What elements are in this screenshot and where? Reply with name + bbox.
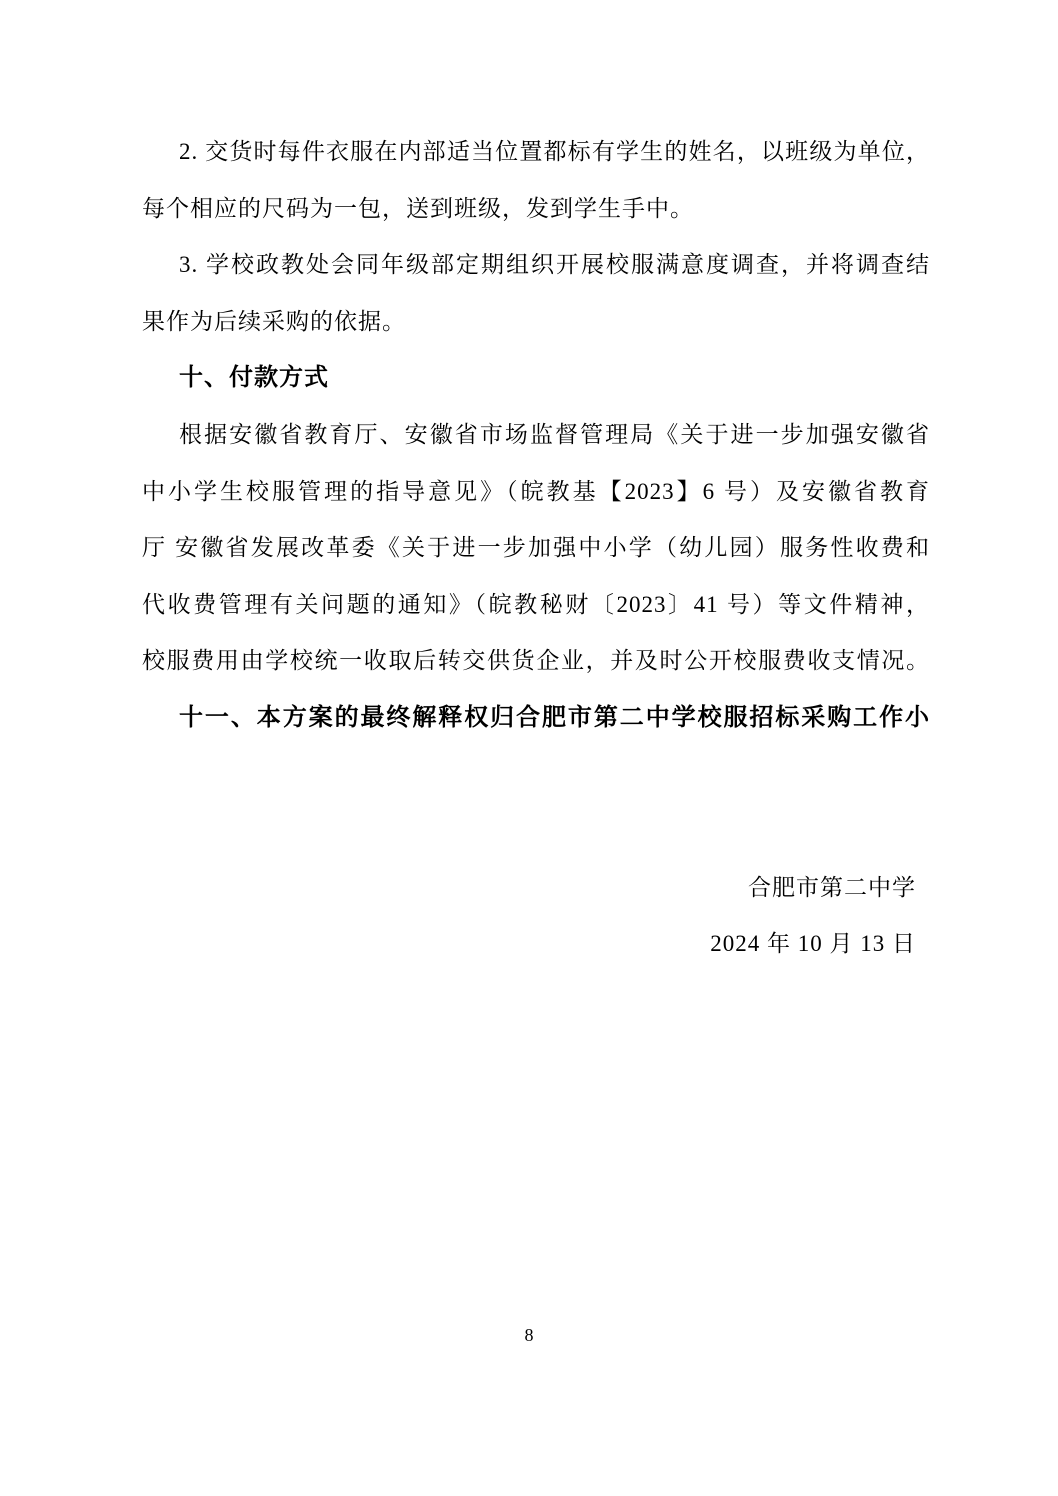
payment-para-line-3: 厅 安徽省发展改革委《关于进一步加强中小学（幼儿园）服务性收费和 [142,520,930,577]
document-body: 2. 交货时每件衣服在内部适当位置都标有学生的姓名，以班级为单位，每个相应的尺码… [142,124,930,973]
section-10-heading: 十、付款方式 [142,350,930,407]
section-11-heading: 十一、本方案的最终解释权归合肥市第二中学校服招标采购工作小组。 [142,690,930,747]
document-page: 2. 交货时每件衣服在内部适当位置都标有学生的姓名，以班级为单位，每个相应的尺码… [0,0,1058,1496]
spacer-line [142,747,930,804]
payment-para-line-1: 根据安徽省教育厅、安徽省市场监督管理局《关于进一步加强安徽省 [142,407,930,464]
payment-para-line-2: 中小学生校服管理的指导意见》（皖教基【2023】6 号）及安徽省教育 [142,464,930,521]
payment-para-line-4: 代收费管理有关问题的通知》（皖教秘财〔2023〕41 号）等文件精神， [142,577,930,634]
item-3-line-2: 果作为后续采购的依据。 [142,294,930,351]
payment-para-line-5: 校服费用由学校统一收取后转交供货企业，并及时公开校服费收支情况。 [142,633,930,690]
item-3-line-1: 3. 学校政教处会同年级部定期组织开展校服满意度调查，并将调查结 [142,237,930,294]
signature-school-name: 合肥市第二中学 [142,860,930,917]
page-number: 8 [0,1324,1058,1346]
item-2-line-2: 每个相应的尺码为一包，送到班级，发到学生手中。 [142,181,930,238]
spacer-line [142,803,930,860]
item-2-line-1: 2. 交货时每件衣服在内部适当位置都标有学生的姓名，以班级为单位， [142,124,930,181]
signature-date: 2024 年 10 月 13 日 [142,916,930,973]
